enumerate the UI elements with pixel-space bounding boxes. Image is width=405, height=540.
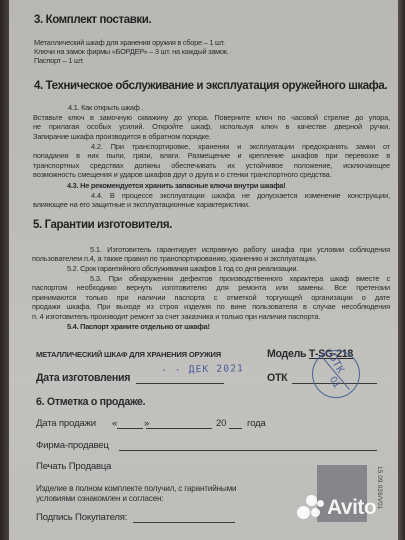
seal-label: Печать Продавца	[36, 461, 111, 472]
otk-stamp: ОТК 01	[312, 350, 360, 398]
sale-day-field[interactable]	[117, 428, 143, 429]
supply-item: Металлический шкаф для хранения оружия в…	[34, 38, 225, 47]
table-edge-right	[398, 0, 405, 540]
sale-year-field[interactable]	[229, 428, 242, 429]
passport-page: 3. Комплект поставки. Металлический шкаф…	[9, 0, 398, 540]
sale-month-field[interactable]	[146, 428, 212, 429]
paragraph-line: транспортных средствах должны обеспечива…	[33, 161, 390, 170]
buyer-signature-label: Подпись Покупателя:	[36, 512, 127, 523]
paragraph-line: продажи шкафа. При выходе из строя издел…	[32, 302, 390, 311]
paragraph-line: 4.2. При транспортировке, хранении и экс…	[33, 142, 390, 151]
paragraph-line: 5.1. Изготовитель гарантирует исправную …	[32, 245, 390, 254]
year-prefix: 20	[216, 418, 226, 429]
paragraph-4-2: 4.2. При транспортировке, хранении и экс…	[33, 142, 390, 180]
paragraph-line: не прилагая особых усилий. Откройте шкаф…	[33, 122, 390, 131]
paragraph-line: принимаются только при наличии паспорта …	[32, 293, 390, 302]
avito-logo-icon	[297, 495, 325, 521]
paragraph-line: Запирание шкафа производится в обратном …	[33, 132, 390, 141]
manufacture-date-label: Дата изготовления	[36, 372, 130, 384]
paragraph-line: пользователем п.4, а также правил по тра…	[32, 254, 390, 263]
paragraph-5-3: 5.3. При обнаружении дефектов производст…	[32, 274, 390, 321]
table-edge-left	[0, 0, 9, 540]
paragraph-line: возможность смещения и ударов шкафов дру…	[33, 170, 390, 179]
product-name: МЕТАЛЛИЧЕСКИЙ ШКАФ ДЛЯ ХРАНЕНИЯ ОРУЖИЯ	[36, 350, 221, 359]
manufacture-date-line	[136, 383, 224, 384]
paragraph-line: паспортом необходимо вернуть изготовител…	[32, 283, 390, 292]
received-statement: условиями ознакомлен и согласен:	[36, 494, 163, 503]
sale-date-label: Дата продажи	[36, 418, 96, 429]
section-4-title: 4. Техническое обслуживание и эксплуатац…	[34, 80, 387, 92]
buyer-signature-field[interactable]	[133, 522, 235, 523]
paragraph-line: 4.4. В процессе эксплуатации шкафа не до…	[33, 191, 390, 200]
supply-item: Ключи на замок фирмы «БОРДЕР» – 3 шт. на…	[34, 47, 229, 56]
paragraph-4-1: Вставьте ключ в замочную скважину до упо…	[33, 113, 390, 141]
supply-item: Паспорт – 1 шт.	[34, 56, 84, 65]
manufacture-date-stamp: - - ДЕК 2021	[161, 363, 244, 375]
seller-label: Фирма-продавец	[36, 440, 109, 451]
otk-label: ОТК	[267, 372, 287, 384]
seller-field[interactable]	[119, 450, 377, 451]
paragraph-line: Вставьте ключ в замочную скважину до упо…	[33, 113, 390, 122]
paragraph-line: 5.3. При обнаружении дефектов производст…	[32, 274, 390, 283]
paragraph-line: попадания в них пыли, грязи, влаги. Разм…	[33, 151, 390, 160]
section-3-title: 3. Комплект поставки.	[34, 14, 151, 26]
model-label-text: Модель	[267, 348, 306, 360]
document-code: 15.09.026/V01	[376, 466, 383, 510]
received-statement: Изделие в полном комплекте получил, с га…	[36, 484, 236, 493]
avito-wordmark: Avito	[327, 496, 376, 520]
year-suffix: года	[247, 418, 266, 429]
section-5-title: 5. Гарантии изготовителя.	[33, 219, 172, 231]
paragraph-4-1-title: 4.1. Как открыть шкаф .	[68, 103, 143, 112]
section-6-title: 6. Отметка о продаже.	[36, 396, 145, 408]
avito-watermark: Avito	[297, 495, 376, 521]
paragraph-5-4: 5.4. Паспорт храните отдельно от шкафа!	[67, 322, 210, 331]
paragraph-line: влияющее на его защитные и эксплуатацион…	[33, 200, 390, 209]
paragraph-4-4: 4.4. В процессе эксплуатации шкафа не до…	[33, 191, 390, 210]
paragraph-5-1: 5.1. Изготовитель гарантирует исправную …	[32, 245, 390, 264]
paragraph-line: п. 4 изготовитель производит ремонт за с…	[32, 312, 390, 321]
paragraph-5-2: 5.2. Срок гарантийного обслуживания шкаф…	[67, 264, 298, 273]
paragraph-4-3: 4.3. Не рекомендуется хранить запасные к…	[67, 181, 286, 190]
